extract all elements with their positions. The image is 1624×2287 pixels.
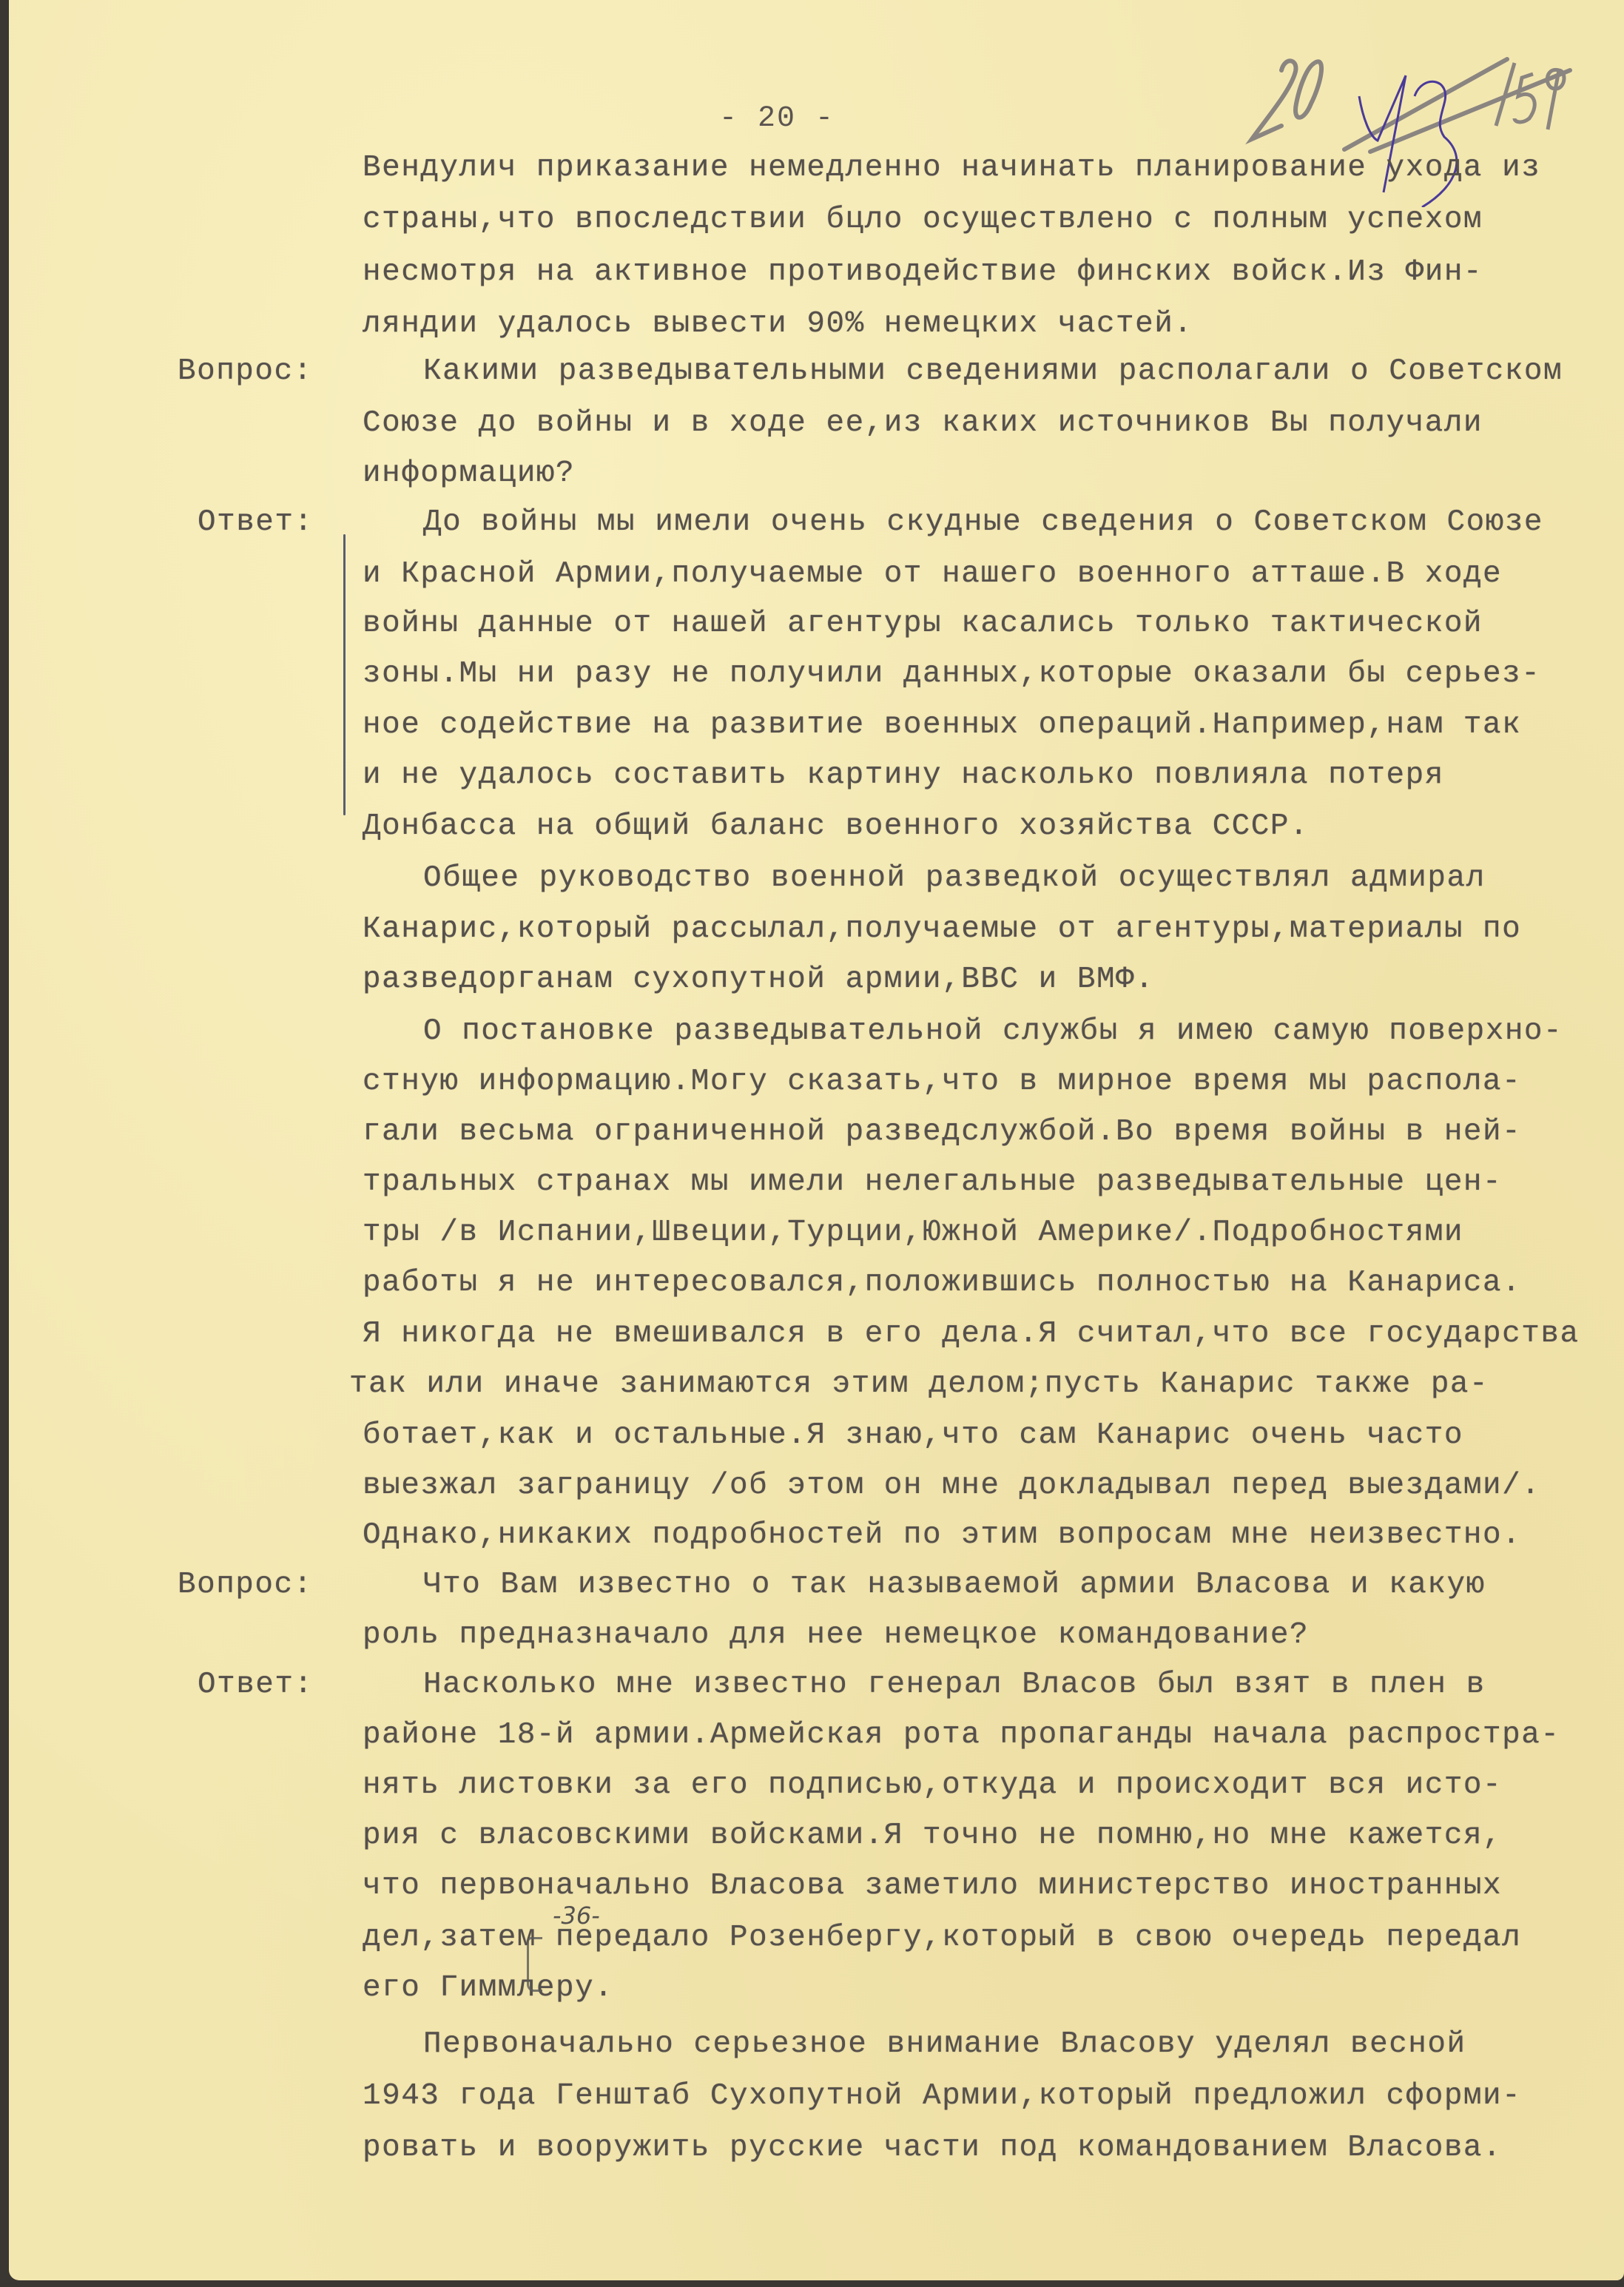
page-number: - 20 -: [719, 102, 835, 135]
insert-bracket-mark: [527, 1937, 542, 1992]
text-line: войны данные от нашей агентуры касались …: [9, 602, 1624, 646]
paragraph-start-line: Первоначально серьезное внимание Власову…: [9, 2022, 1624, 2067]
text-line: Вендулич приказание немедленно начинать …: [9, 146, 1624, 190]
question-label: Вопрос:: [178, 349, 313, 394]
question-line: Вопрос:Что Вам известно о так называемой…: [9, 1563, 1624, 1607]
text-line: 1943 года Генштаб Сухопутной Армии,котор…: [9, 2074, 1624, 2118]
question-label: Вопрос:: [178, 1563, 313, 1607]
text-line: зоны.Мы ни разу не получили данных,котор…: [9, 652, 1624, 696]
text-line: и Красной Армии,получаемые от нашего вое…: [9, 552, 1624, 596]
answer-label: Ответ:: [198, 500, 314, 545]
text-line: роль предназначало для нее немецкое кома…: [9, 1613, 1624, 1657]
text-line: Союзе до войны и в ходе ее,из каких исто…: [9, 401, 1624, 445]
text-line: его Гиммлеру.: [9, 1966, 1624, 2010]
paragraph-start-line: Общее руководство военной разведкой осущ…: [9, 856, 1624, 900]
text-line: ботает,как и остальные.Я знаю,что сам Ка…: [9, 1413, 1624, 1458]
text-line: Однако,никаких подробностей по этим вопр…: [9, 1513, 1624, 1557]
text-line: и не удалось составить картину насколько…: [9, 753, 1624, 798]
text-line: ровать и вооружить русские части под ком…: [9, 2126, 1624, 2170]
document-page: - 20 - Вендулич приказание немедленно на…: [9, 0, 1624, 2280]
text-line: стную информацию.Могу сказать,что в мирн…: [9, 1060, 1624, 1104]
text-line: нять листовки за его подписью,откуда и п…: [9, 1763, 1624, 1808]
text-line: выезжал заграницу /об этом он мне доклад…: [9, 1464, 1624, 1508]
text-line: дел,затем передало Розенбергу,который в …: [9, 1916, 1624, 1960]
text-line: гали весьма ограниченной разведслужбой.В…: [9, 1110, 1624, 1154]
text-line: ляндии удалось вывести 90% немецких част…: [9, 302, 1624, 346]
text-line: ное содействие на развитие военных опера…: [9, 703, 1624, 747]
text-line: несмотря на активное противодействие фин…: [9, 250, 1624, 294]
answer-label: Ответ:: [198, 1663, 314, 1707]
answer-line: Ответ:Насколько мне известно генерал Вла…: [9, 1663, 1624, 1707]
text-line: страны,что впоследствии бцло осуществлен…: [9, 198, 1624, 242]
question-line: Вопрос:Какими разведывательными сведения…: [9, 349, 1624, 394]
text-line: так или иначе занимаются этим делом;пуст…: [9, 1362, 1624, 1407]
text-line: Канарис,который рассылал,получаемые от а…: [9, 907, 1624, 951]
answer-line: Ответ:До войны мы имели очень скудные св…: [9, 500, 1624, 545]
text-line: разведорганам сухопутной армии,ВВС и ВМФ…: [9, 957, 1624, 1002]
handwritten-insert-note: -36-: [553, 1902, 600, 1930]
paragraph-start-line: О постановке разведывательной службы я и…: [9, 1009, 1624, 1054]
text-line: рия с власовскими войсками.Я точно не по…: [9, 1813, 1624, 1858]
text-line: информацию?: [9, 451, 1624, 496]
text-line: Донбасса на общий баланс военного хозяйс…: [9, 804, 1624, 849]
text-line: что первоначально Власова заметило минис…: [9, 1864, 1624, 1908]
text-line: тральных странах мы имели нелегальные ра…: [9, 1160, 1624, 1205]
text-line: районе 18-й армии.Армейская рота пропага…: [9, 1713, 1624, 1757]
text-line: тры /в Испании,Швеции,Турции,Южной Амери…: [9, 1210, 1624, 1255]
text-line: работы я не интересовался,положившись по…: [9, 1261, 1624, 1305]
text-line: Я никогда не вмешивался в его дела.Я счи…: [9, 1312, 1624, 1356]
